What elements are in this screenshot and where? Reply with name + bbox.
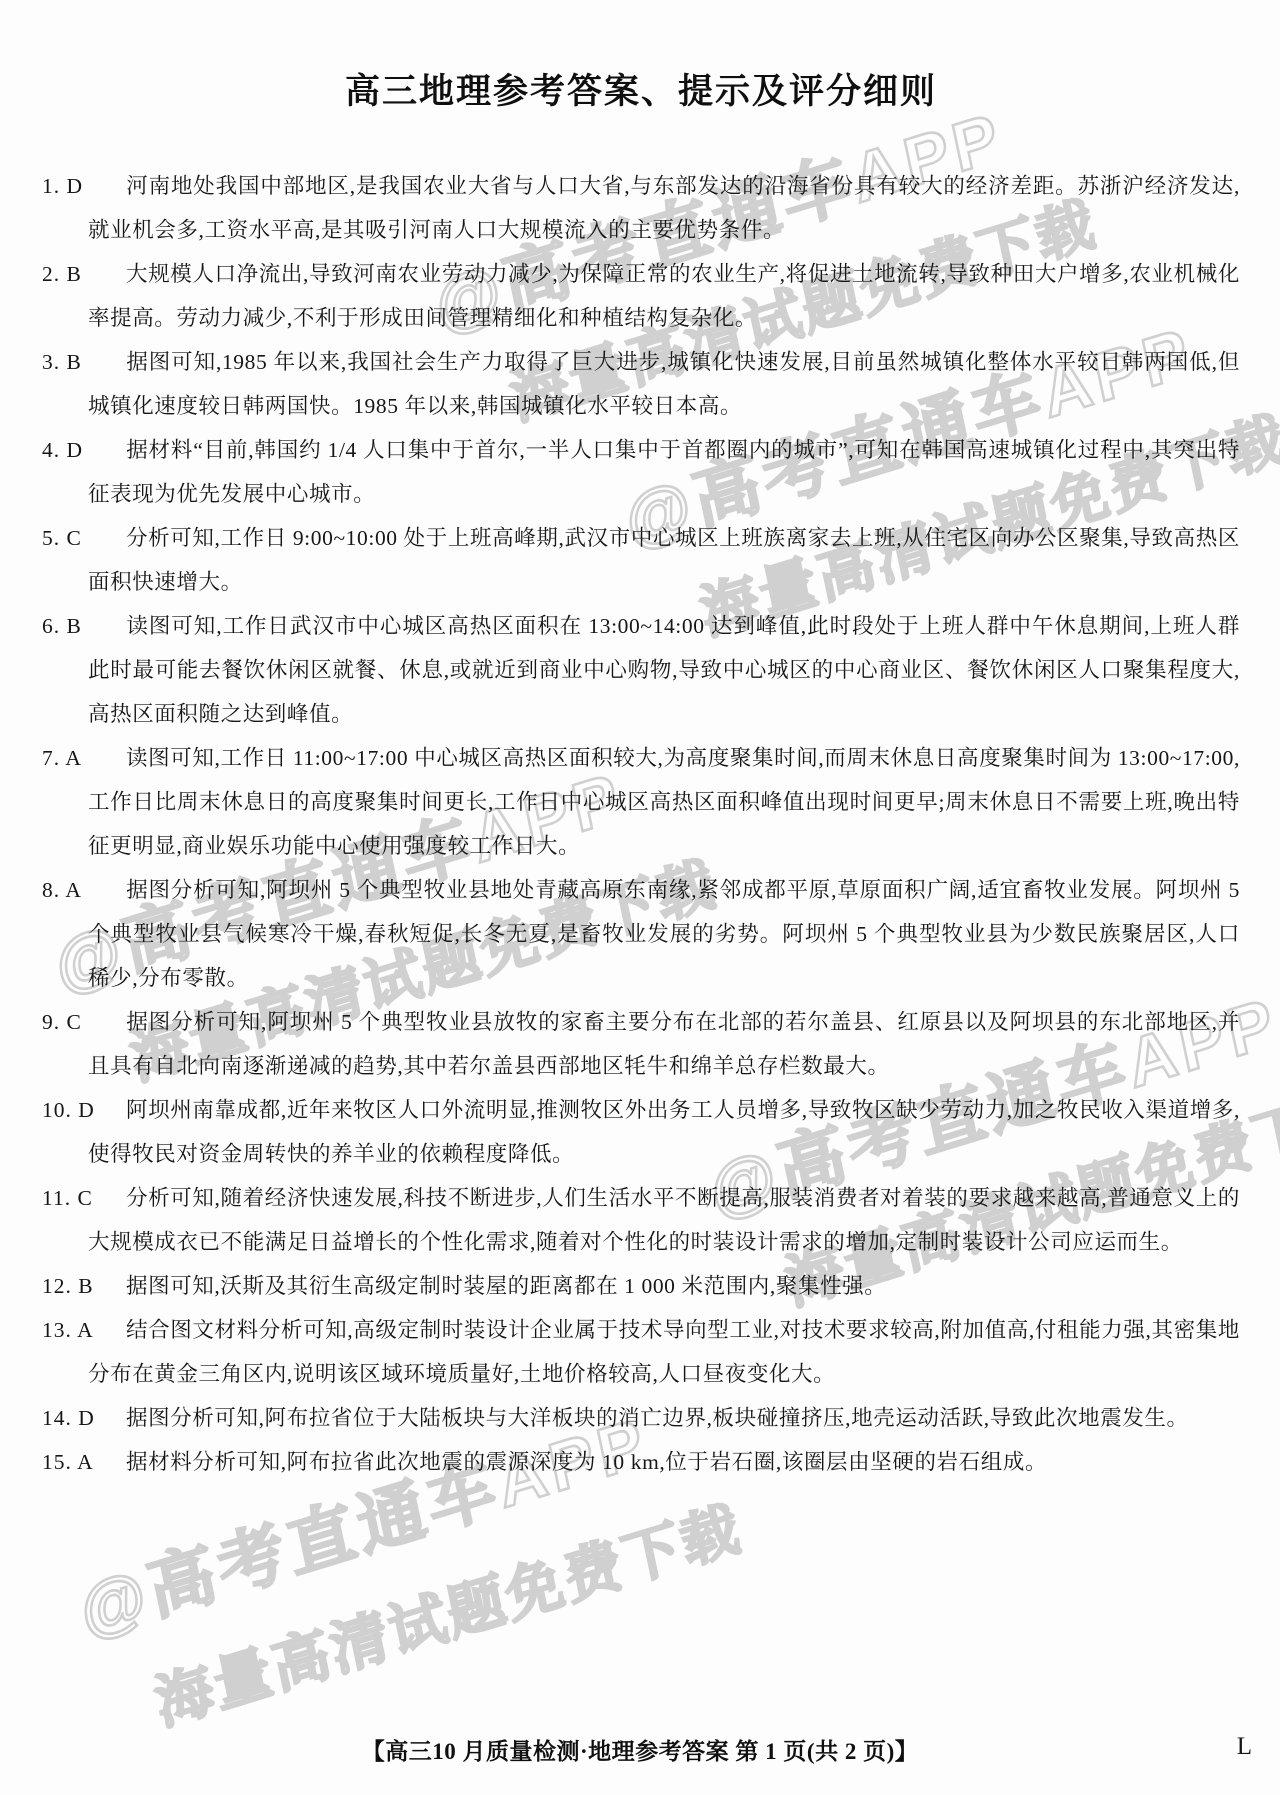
answer-item: 5. C分析可知,工作日 9:00~10:00 处于上班高峰期,武汉市中心城区上… [42,516,1240,604]
answer-number: 9. C [42,1000,126,1044]
answer-number: 12. B [42,1264,126,1308]
answer-text: 河南地处我国中部地区,是我国农业大省与人口大省,与东部发达的沿海省份具有较大的经… [88,174,1240,242]
answer-sheet-page: @高考直通车APP 海量高清试题免费下载 @高考直通车APP 海量高清试题免费下… [0,0,1280,1795]
answer-item: 13. A结合图文材料分析可知,高级定制时装设计企业属于技术导向型工业,对技术要… [42,1308,1240,1396]
answer-text: 分析可知,随着经济快速发展,科技不断进步,人们生活水平不断提高,服装消费者对着装… [88,1186,1240,1254]
document-content: 高三地理参考答案、提示及评分细则 1. D河南地处我国中部地区,是我国农业大省与… [42,64,1240,1484]
answer-number: 1. D [42,164,126,208]
answer-item: 7. A读图可知,工作日 11:00~17:00 中心城区高热区面积较大,为高度… [42,736,1240,868]
answer-item: 1. D河南地处我国中部地区,是我国农业大省与人口大省,与东部发达的沿海省份具有… [42,164,1240,252]
answer-item: 3. B据图可知,1985 年以来,我国社会生产力取得了巨大进步,城镇化快速发展… [42,340,1240,428]
answer-text: 据图分析可知,阿坝州 5 个典型牧业县放牧的家畜主要分布在北部的若尔盖县、红原县… [88,1010,1240,1078]
answer-number: 14. D [42,1396,126,1440]
page-footer: 【高三10 月质量检测·地理参考答案 第 1 页(共 2 页)】 L [0,1733,1280,1766]
answer-number: 13. A [42,1308,126,1352]
answer-text: 据图可知,1985 年以来,我国社会生产力取得了巨大进步,城镇化快速发展,目前虽… [88,350,1240,418]
answer-text: 据图可知,沃斯及其衍生高级定制时装屋的距离都在 1 000 米范围内,聚集性强。 [126,1274,886,1298]
footer-text: 【高三10 月质量检测·地理参考答案 第 1 页(共 2 页)】 [0,1733,1280,1766]
answer-item: 8. A据图分析可知,阿坝州 5 个典型牧业县地处青藏高原东南缘,紧邻成都平原,… [42,868,1240,1000]
answer-item: 14. D据图分析可知,阿布拉省位于大陆板块与大洋板块的消亡边界,板块碰撞挤压,… [42,1396,1240,1440]
answer-number: 4. D [42,428,126,472]
answer-number: 10. D [42,1088,126,1132]
answer-item: 2. B大规模人口净流出,导致河南农业劳动力减少,为保障正常的农业生产,将促进土… [42,252,1240,340]
answer-text: 据材料“目前,韩国约 1/4 人口集中于首尔,一半人口集中于首都圈内的城市”,可… [88,438,1240,506]
answers-list: 1. D河南地处我国中部地区,是我国农业大省与人口大省,与东部发达的沿海省份具有… [42,164,1240,1484]
answer-number: 15. A [42,1440,126,1484]
answer-text: 读图可知,工作日 11:00~17:00 中心城区高热区面积较大,为高度聚集时间… [88,746,1240,858]
answer-item: 10. D阿坝州南靠成都,近年来牧区人口外流明显,推测牧区外出务工人员增多,导致… [42,1088,1240,1176]
answer-number: 11. C [42,1176,126,1220]
answer-number: 6. B [42,604,126,648]
answer-text: 据材料分析可知,阿布拉省此次地震的震源深度为 10 km,位于岩石圈,该圈层由坚… [126,1450,1047,1474]
answer-text: 分析可知,工作日 9:00~10:00 处于上班高峰期,武汉市中心城区上班族离家… [88,526,1240,594]
answer-number: 7. A [42,736,126,780]
footer-page-mark: L [1237,1733,1252,1761]
answer-text: 大规模人口净流出,导致河南农业劳动力减少,为保障正常的农业生产,将促进土地流转,… [88,262,1240,330]
answer-item: 12. B据图可知,沃斯及其衍生高级定制时装屋的距离都在 1 000 米范围内,… [42,1264,1240,1308]
answer-text: 读图可知,工作日武汉市中心城区高热区面积在 13:00~14:00 达到峰值,此… [88,614,1240,726]
answer-text: 据图分析可知,阿坝州 5 个典型牧业县地处青藏高原东南缘,紧邻成都平原,草原面积… [88,878,1240,990]
answer-text: 据图分析可知,阿布拉省位于大陆板块与大洋板块的消亡边界,板块碰撞挤压,地壳运动活… [126,1406,1189,1430]
page-title: 高三地理参考答案、提示及评分细则 [42,64,1240,114]
answer-number: 8. A [42,868,126,912]
answer-number: 2. B [42,252,126,296]
answer-text: 结合图文材料分析可知,高级定制时装设计企业属于技术导向型工业,对技术要求较高,附… [88,1318,1240,1386]
answer-item: 15. A据材料分析可知,阿布拉省此次地震的震源深度为 10 km,位于岩石圈,… [42,1440,1240,1484]
watermark-line2: 海量高清试题免费下载 [147,1480,748,1741]
answer-item: 9. C据图分析可知,阿坝州 5 个典型牧业县放牧的家畜主要分布在北部的若尔盖县… [42,1000,1240,1088]
answer-number: 3. B [42,340,126,384]
answer-item: 11. C分析可知,随着经济快速发展,科技不断进步,人们生活水平不断提高,服装消… [42,1176,1240,1264]
answer-item: 6. B读图可知,工作日武汉市中心城区高热区面积在 13:00~14:00 达到… [42,604,1240,736]
answer-number: 5. C [42,516,126,560]
answer-item: 4. D据材料“目前,韩国约 1/4 人口集中于首尔,一半人口集中于首都圈内的城… [42,428,1240,516]
answer-text: 阿坝州南靠成都,近年来牧区人口外流明显,推测牧区外出务工人员增多,导致牧区缺少劳… [88,1098,1240,1166]
